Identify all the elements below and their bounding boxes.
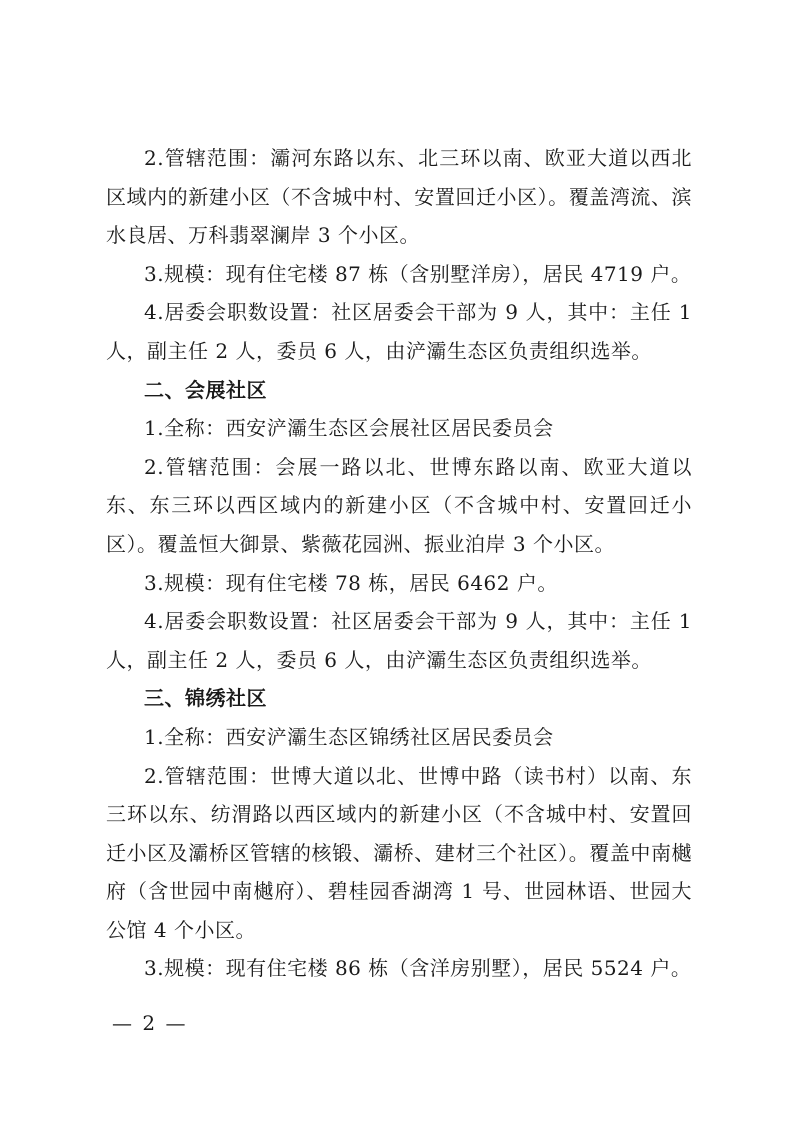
paragraph-fullname-2: 1.全称：西安浐灞生态区会展社区居民委员会 [106, 409, 692, 448]
section-heading-jinxiu: 三、锦绣社区 [106, 679, 692, 718]
paragraph-scale-3: 3.规模：现有住宅楼 86 栋（含洋房别墅），居民 5524 户。 [106, 949, 692, 988]
paragraph-fullname-3: 1.全称：西安浐灞生态区锦绣社区居民委员会 [106, 718, 692, 757]
paragraph-scale-1: 3.规模：现有住宅楼 87 栋（含别墅洋房），居民 4719 户。 [106, 255, 692, 294]
document-body: 2.管辖范围：灞河东路以东、北三环以南、欧亚大道以西北区域内的新建小区（不含城中… [106, 139, 692, 988]
paragraph-jurisdiction-2: 2.管辖范围：会展一路以北、世博东路以南、欧亚大道以东、东三环以西区域内的新建小… [106, 448, 692, 564]
page-number: — 2 — [112, 1011, 187, 1035]
paragraph-jurisdiction-3: 2.管辖范围：世博大道以北、世博中路（读书村）以南、东三环以东、纺渭路以西区域内… [106, 757, 692, 950]
paragraph-staffing-2: 4.居委会职数设置：社区居委会干部为 9 人，其中：主任 1 人，副主任 2 人… [106, 602, 692, 679]
paragraph-jurisdiction-1: 2.管辖范围：灞河东路以东、北三环以南、欧亚大道以西北区域内的新建小区（不含城中… [106, 139, 692, 255]
paragraph-scale-2: 3.规模：现有住宅楼 78 栋，居民 6462 户。 [106, 564, 692, 603]
section-heading-huizhan: 二、会展社区 [106, 371, 692, 410]
paragraph-staffing-1: 4.居委会职数设置：社区居委会干部为 9 人，其中：主任 1 人，副主任 2 人… [106, 293, 692, 370]
